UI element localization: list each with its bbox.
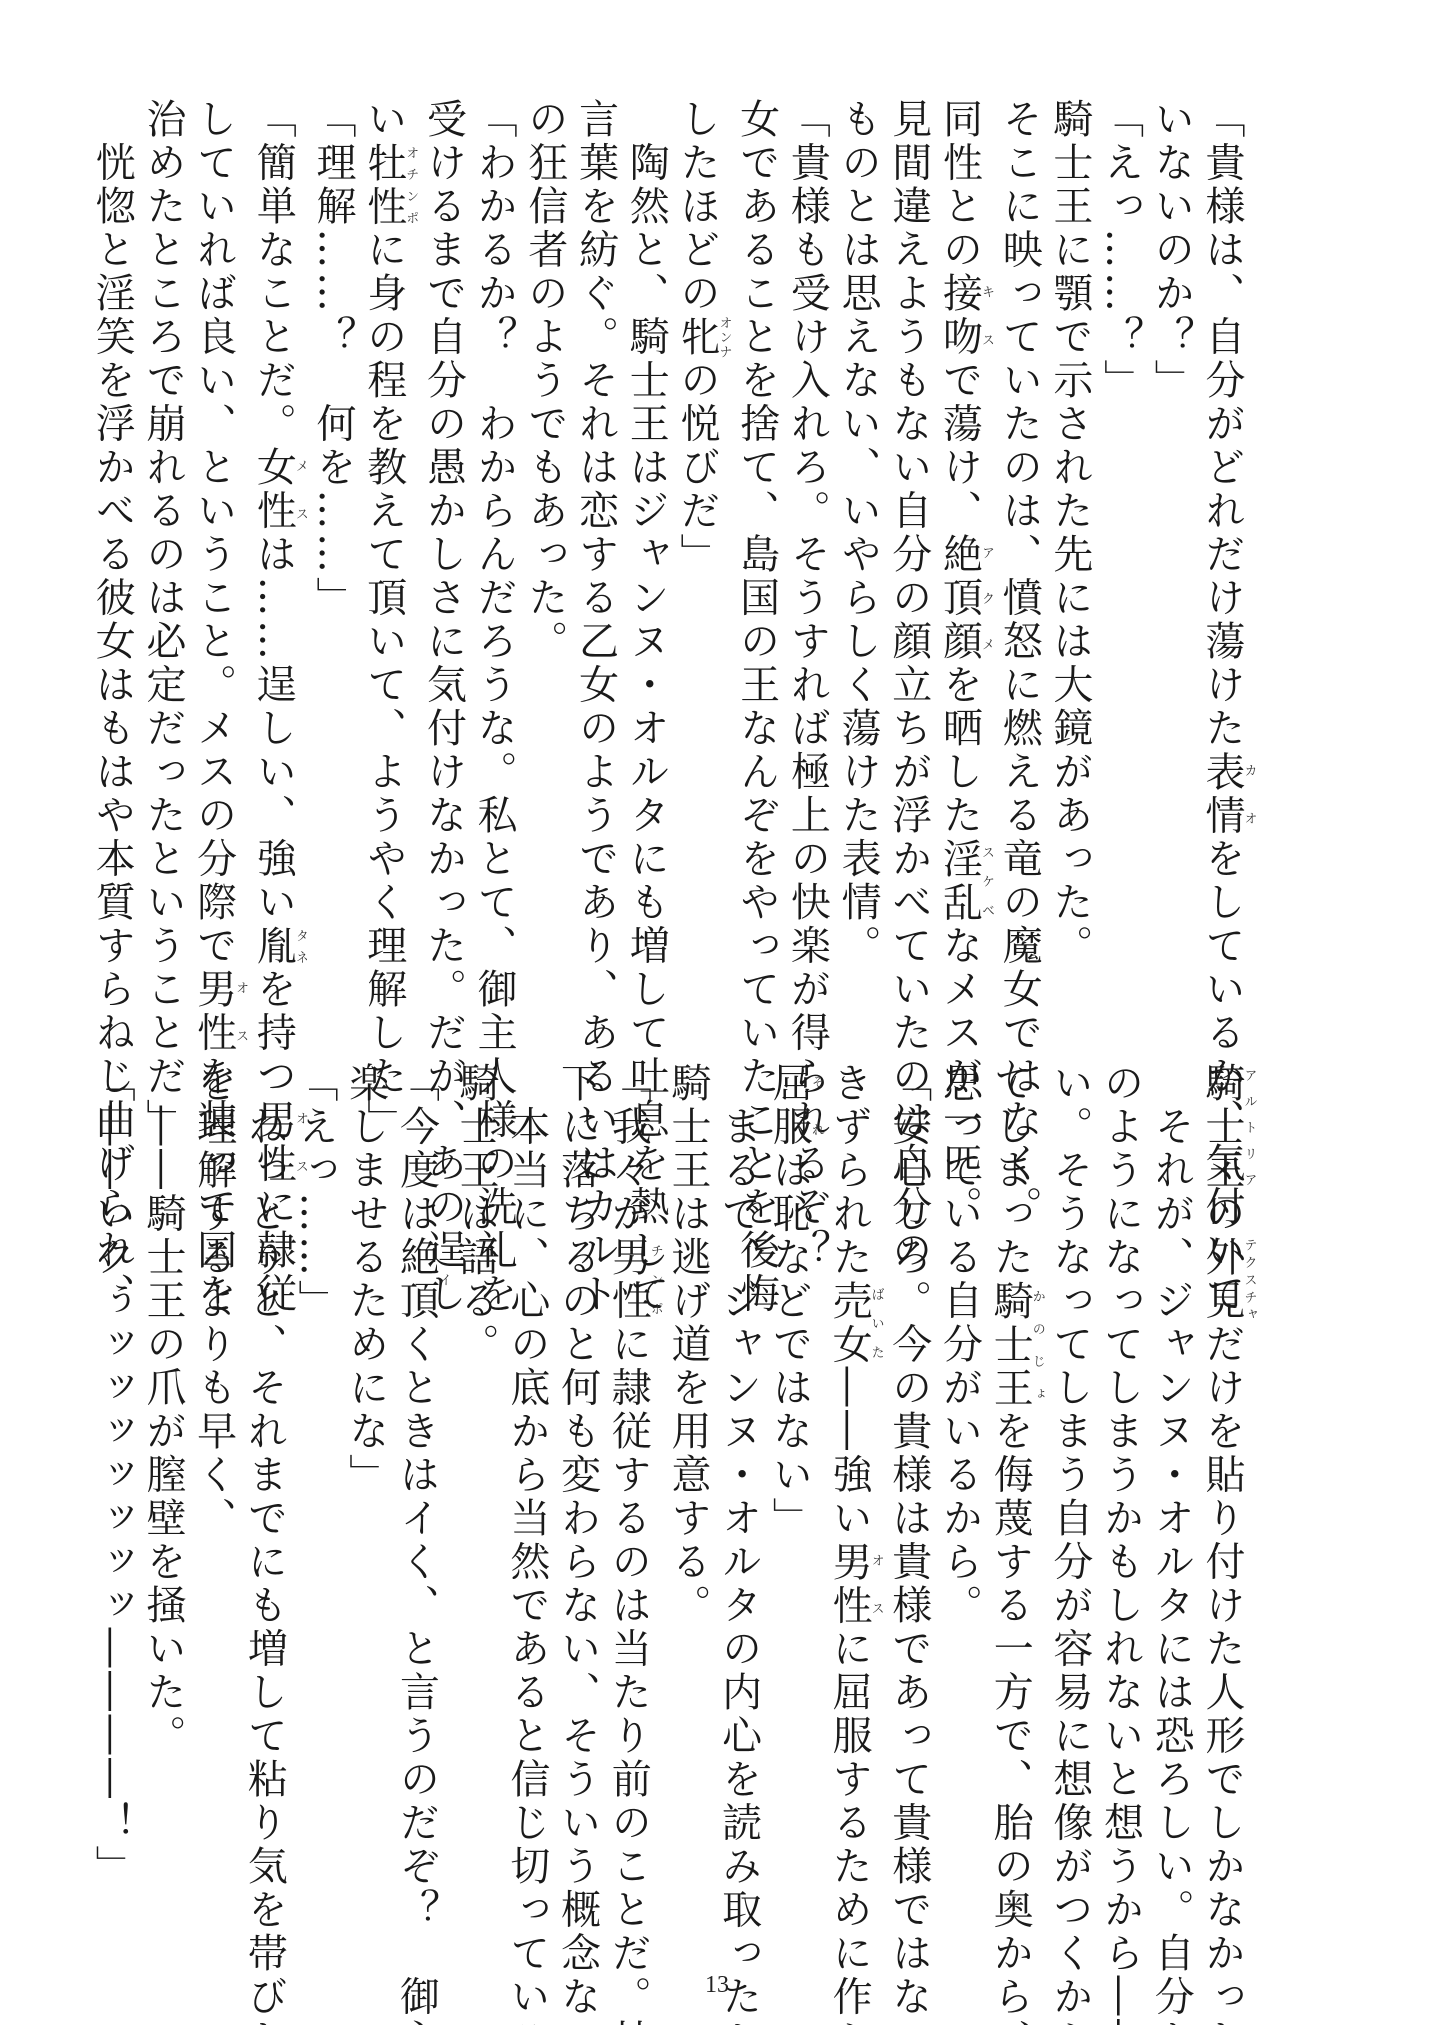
ruby-annotation: 外見テクスチャ <box>1199 1236 1245 1323</box>
ruby-annotation: 売女ばいた <box>826 1280 872 1367</box>
text-line: い。そうなってしまう自分が容易に想像がつくから、そうなっ <box>1044 1062 1095 1982</box>
text-line: そこに映っていたのは、憤怒に燃える竜の魔女ではなく。 <box>993 98 1044 1018</box>
text-line: 騎士王は逃げ道を用意する。 <box>662 1062 713 1982</box>
text-line: 「安心しろ。今の貴様は貴様であって貴様ではない。幻霊に引 <box>883 1062 934 1982</box>
text-line: 騎士王は語る。 <box>450 1062 501 1982</box>
text-block-top: 「貴様は、自分がどれだけ蕩けた表情カオをしているか、気付いていないのか？」「えっ… <box>87 98 1256 1018</box>
document-page: 「貴様は、自分がどれだけ蕩けた表情カオをしているか、気付いていないのか？」「えっ… <box>0 0 1434 2025</box>
text-line: したほどの牝オンナの悦びだ」 <box>671 98 731 1018</box>
text-line: の狂信者のようでもあった。 <box>519 98 570 1018</box>
text-line: ものとは思えない、いやらしく蕩けた表情。 <box>832 98 883 1018</box>
page-number: 13 <box>0 1972 1434 1999</box>
ruby-annotation: 男性チンポ <box>605 1236 651 1323</box>
text-line: 下に落ちるのと何も変わらない、そういう概念なのだからな」 <box>552 1062 603 1982</box>
text-line: 言葉を紡ぐ。それは恋する乙女のようであり、あるいはカルト <box>570 98 621 1018</box>
ruby-annotation: 牡性オチンポ <box>361 142 407 229</box>
text-line: 女であることを捨て、島国の王なんぞをやっていたことを後悔 <box>731 98 782 1018</box>
ruby-annotation: 騎士王かのじょ <box>987 1280 1033 1411</box>
text-line: てしまった騎士王かのじょを侮蔑する一方で、胎の奥から、羨ましいと <box>984 1062 1044 1982</box>
text-line: 楽しませるためにな」 <box>340 1062 391 1982</box>
text-line: 治めたところで崩れるのは必定だったということだ」 <box>137 98 188 1018</box>
text-line: のようになってしまうかもしれないと想うから――だけではな <box>1095 1062 1146 1982</box>
text-line: まるで、ジャンヌ・オルタの内心を読み取ったかのように、 <box>713 1062 764 1982</box>
text-line: 「我々が男性チンポに隷従するのは当たり前のことだ。林檎が上から <box>603 1062 663 1982</box>
text-line: ――騎士王の爪が膣壁を掻いた。 <box>137 1062 188 1982</box>
text-line: 同性との接吻キスで蕩け、絶頂顔アクメを晒した淫乱スケベなメスが一匹。 <box>934 98 994 1018</box>
text-line: それが、ジャンヌ・オルタには恐ろしい。自分もまた、彼女 <box>1146 1062 1197 1982</box>
ruby-annotation: 表情カオ <box>1199 751 1245 838</box>
text-line: 恍惚と淫笑を浮かべる彼女はもはや本質すらねじ曲げられ、 <box>87 98 138 1018</box>
text-line: 「えっ……」 <box>289 1062 340 1982</box>
text-line: 「今度は絶頂イくときはイく、と言うのだぞ？ 御主人様の耳も <box>391 1062 451 1982</box>
ruby-annotation: 男性オス <box>191 968 237 1055</box>
text-line: い牡性オチンポに身の程を教えて頂いて、ようやく理解した」 <box>358 98 418 1018</box>
text-line: を理解するよりも早く、 <box>188 1062 239 1982</box>
text-line: 騎士王アルトリアの外見テクスチャだけを貼り付けた人形でしかなかった。 <box>1196 1062 1256 1982</box>
text-line: いないのか？」 <box>1146 98 1197 1018</box>
ruby-annotation: 屈服それ <box>766 1062 812 1149</box>
text-line: 「理解……？ 何を……」 <box>307 98 358 1018</box>
text-line: きずられた売女ばいた――強い男性オスに屈服するために作られた概念だ。 <box>823 1062 883 1982</box>
ruby-annotation: 絶頂イ <box>393 1236 439 1323</box>
text-line: 「――いクぅッッッッッッッ――――！」 <box>87 1062 138 1982</box>
text-line: していれば良い、ということ。メスの分際で男性オスを装って国を <box>188 98 248 1018</box>
text-line: 屈服それは恥などではない」 <box>764 1062 824 1982</box>
text-line: ねっとりと、それまでにも増して粘り気を帯びた囁きの意味 <box>239 1062 290 1982</box>
text-block-bottom: 騎士王アルトリアの外見テクスチャだけを貼り付けた人形でしかなかった。 それが、ジ… <box>87 1062 1256 1982</box>
text-line: 「貴様は、自分がどれだけ蕩けた表情カオをしているか、気付いて <box>1196 98 1256 1018</box>
ruby-annotation: 男性オス <box>826 1541 872 1628</box>
text-line: 「えっ……？」 <box>1095 98 1146 1018</box>
text-line: 「わかるか？ わからんだろうな。私とて、御主人様の洗礼を <box>468 98 519 1018</box>
text-line: 本当に、心の底から当然であると信じ切っているかのように、 <box>501 1062 552 1982</box>
ruby-annotation: 胤タネ <box>250 925 296 969</box>
text-line: 騎士王に顎で示された先には大鏡があった。 <box>1044 98 1095 1018</box>
text-line: 「簡単なことだ。女性メスは……逞しい、強い胤タネを持つ男性オスに隷従 <box>248 98 308 1018</box>
text-line: 見間違えようもない自分の顔立ちが浮かべていたのは自分の <box>883 98 934 1018</box>
text-line: 思っている自分がいるから。 <box>934 1062 985 1982</box>
text-line: 陶然と、騎士王はジャンヌ・オルタにも増して吐息を熱して <box>621 98 672 1018</box>
ruby-annotation: 女性メス <box>250 446 296 533</box>
ruby-annotation: 牝オンナ <box>674 316 720 360</box>
ruby-annotation: 絶頂顔アクメ <box>936 533 982 664</box>
text-line: 「貴様も受け入れろ。そうすれば極上の快楽が得られるぞ？ <box>782 98 833 1018</box>
ruby-annotation: 淫乱スケベ <box>936 838 982 925</box>
ruby-annotation: 騎士王アルトリア <box>1199 1062 1245 1193</box>
text-line: 受けるまで自分の愚かしさに気付けなかった。だが、あの逞し <box>418 98 469 1018</box>
ruby-annotation: 接吻キス <box>936 272 982 359</box>
